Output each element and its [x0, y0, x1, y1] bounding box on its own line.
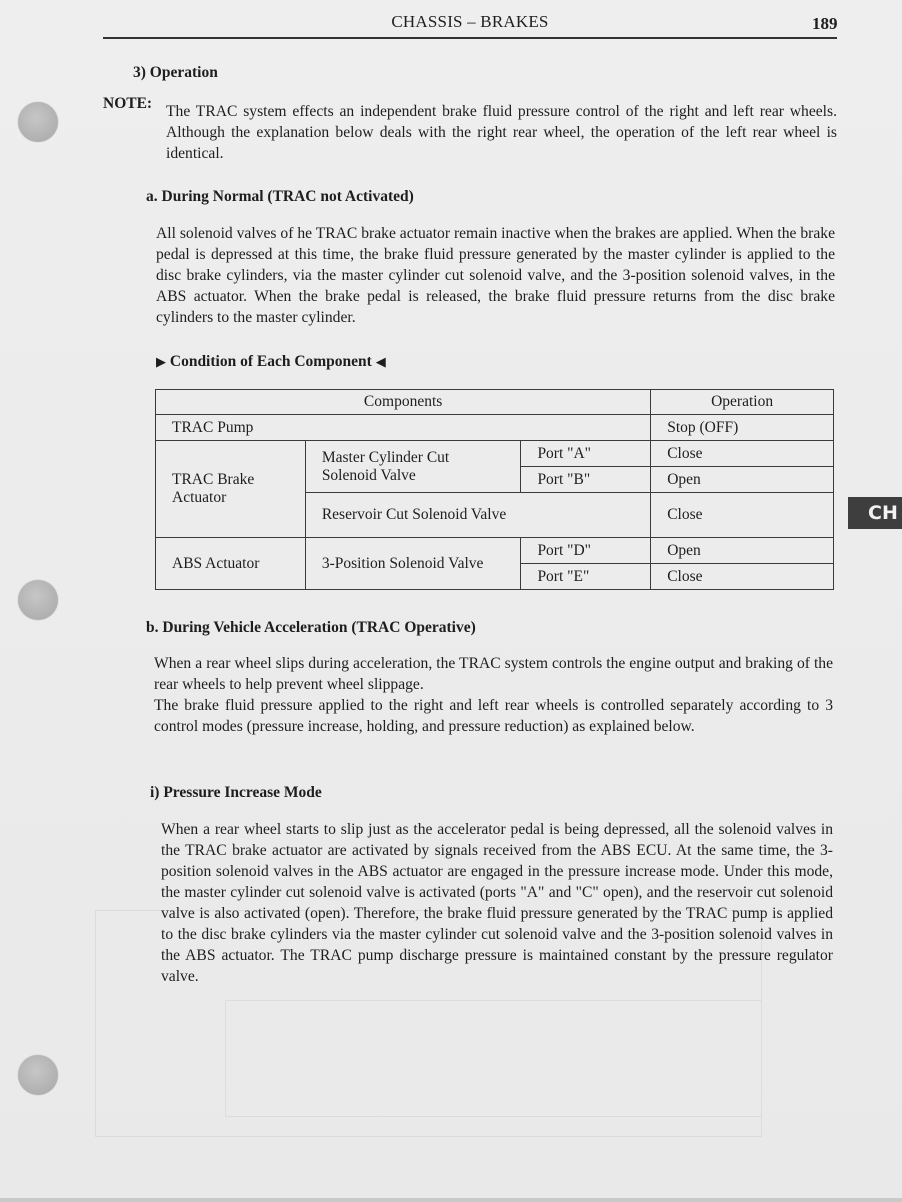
- binder-hole: [18, 1055, 58, 1095]
- subsection-b-body-1: When a rear wheel slips during accelerat…: [154, 653, 833, 695]
- reservoir-cut-valve-label: Reservoir Cut Solenoid Valve: [305, 493, 650, 538]
- master-cut-valve-label: Master Cylinder Cut Solenoid Valve: [305, 441, 521, 493]
- component-condition-table: Components Operation TRAC Pump Stop (OFF…: [155, 389, 834, 590]
- trac-pump-label: TRAC Pump: [156, 415, 651, 441]
- header-rule: [103, 37, 837, 39]
- port-e-operation: Close: [651, 564, 834, 590]
- note-label: NOTE:: [103, 95, 152, 113]
- port-d-operation: Open: [651, 538, 834, 564]
- section-title: 3) Operation: [133, 64, 218, 82]
- page-number: 189: [812, 14, 838, 34]
- port-a-label: Port "A": [521, 441, 651, 467]
- bleed-through-box: [225, 1000, 762, 1117]
- port-e-label: Port "E": [521, 564, 651, 590]
- header-operation: Operation: [651, 390, 834, 415]
- subsection-b-body-2: The brake fluid pressure applied to the …: [154, 695, 833, 737]
- abs-actuator-label: ABS Actuator: [156, 538, 306, 590]
- table-row: ABS Actuator 3-Position Solenoid Valve P…: [156, 538, 834, 564]
- subsection-a-body: All solenoid valves of he TRAC brake act…: [156, 223, 835, 328]
- triangle-right-icon: ▶: [156, 354, 166, 369]
- port-d-label: Port "D": [521, 538, 651, 564]
- reservoir-operation: Close: [651, 493, 834, 538]
- binder-hole: [18, 580, 58, 620]
- binder-hole: [18, 102, 58, 142]
- trac-brake-actuator-label: TRAC Brake Actuator: [156, 441, 306, 538]
- chapter-header: CHASSIS – BRAKES: [0, 12, 902, 32]
- table-header-row: Components Operation: [156, 390, 834, 415]
- chapter-tab: CH: [848, 497, 902, 529]
- subsection-b-title: b. During Vehicle Acceleration (TRAC Ope…: [146, 619, 476, 637]
- table-caption-text: Condition of Each Component: [170, 353, 372, 370]
- note-text: The TRAC system effects an independent b…: [166, 101, 837, 164]
- subsection-i-body: When a rear wheel starts to slip just as…: [161, 819, 833, 987]
- table-caption: ▶ Condition of Each Component ◀: [156, 353, 386, 371]
- three-position-valve-label: 3-Position Solenoid Valve: [305, 538, 521, 590]
- table-row: TRAC Pump Stop (OFF): [156, 415, 834, 441]
- triangle-left-icon: ◀: [376, 354, 386, 369]
- port-a-operation: Close: [651, 441, 834, 467]
- trac-pump-operation: Stop (OFF): [651, 415, 834, 441]
- table-row: TRAC Brake Actuator Master Cylinder Cut …: [156, 441, 834, 467]
- manual-page: CHASSIS – BRAKES 189 3) Operation NOTE: …: [0, 0, 902, 1202]
- port-b-operation: Open: [651, 467, 834, 493]
- port-b-label: Port "B": [521, 467, 651, 493]
- subsection-i-title: i) Pressure Increase Mode: [150, 784, 322, 802]
- subsection-a-title: a. During Normal (TRAC not Activated): [146, 188, 414, 206]
- header-components: Components: [156, 390, 651, 415]
- scan-edge: [0, 1198, 902, 1202]
